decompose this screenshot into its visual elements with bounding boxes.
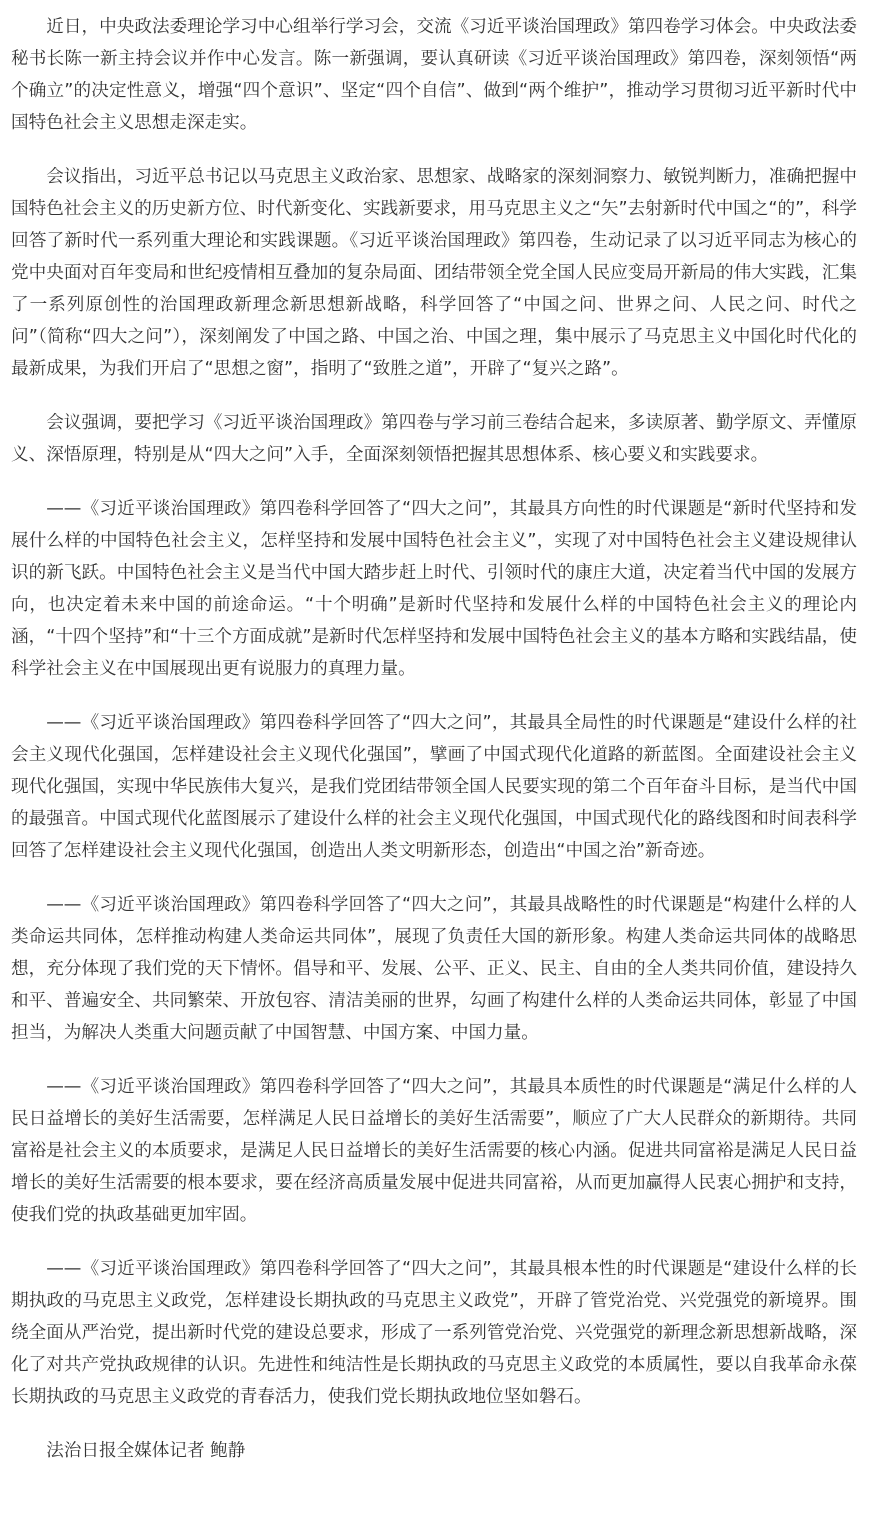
article-paragraph-essential: ——《习近平谈治国理政》第四卷科学回答了“四大之问”，其最具本质性的时代课题是“… [11,1071,857,1231]
article-paragraph-fundamental: ——《习近平谈治国理政》第四卷科学回答了“四大之问”，其最具根本性的时代课题是“… [11,1253,857,1413]
article-paragraph-meeting-emphasized: 会议强调，要把学习《习近平谈治国理政》第四卷与学习前三卷结合起来，多读原著、勤学… [11,407,857,471]
article-paragraph-meeting-pointed-out: 会议指出，习近平总书记以马克思主义政治家、思想家、战略家的深刻洞察力、敏锐判断力… [11,161,857,385]
article-paragraph-strategic: ——《习近平谈治国理政》第四卷科学回答了“四大之问”，其最具战略性的时代课题是“… [11,889,857,1049]
article-paragraph-overall: ——《习近平谈治国理政》第四卷科学回答了“四大之问”，其最具全局性的时代课题是“… [11,707,857,867]
article-paragraph-direction: ——《习近平谈治国理政》第四卷科学回答了“四大之问”，其最具方向性的时代课题是“… [11,493,857,685]
article-body: 近日，中央政法委理论学习中心组举行学习会，交流《习近平谈治国理政》第四卷学习体会… [0,0,878,1467]
article-paragraph-intro: 近日，中央政法委理论学习中心组举行学习会，交流《习近平谈治国理政》第四卷学习体会… [11,11,857,139]
article-byline: 法治日报全媒体记者 鲍静 [11,1435,857,1467]
